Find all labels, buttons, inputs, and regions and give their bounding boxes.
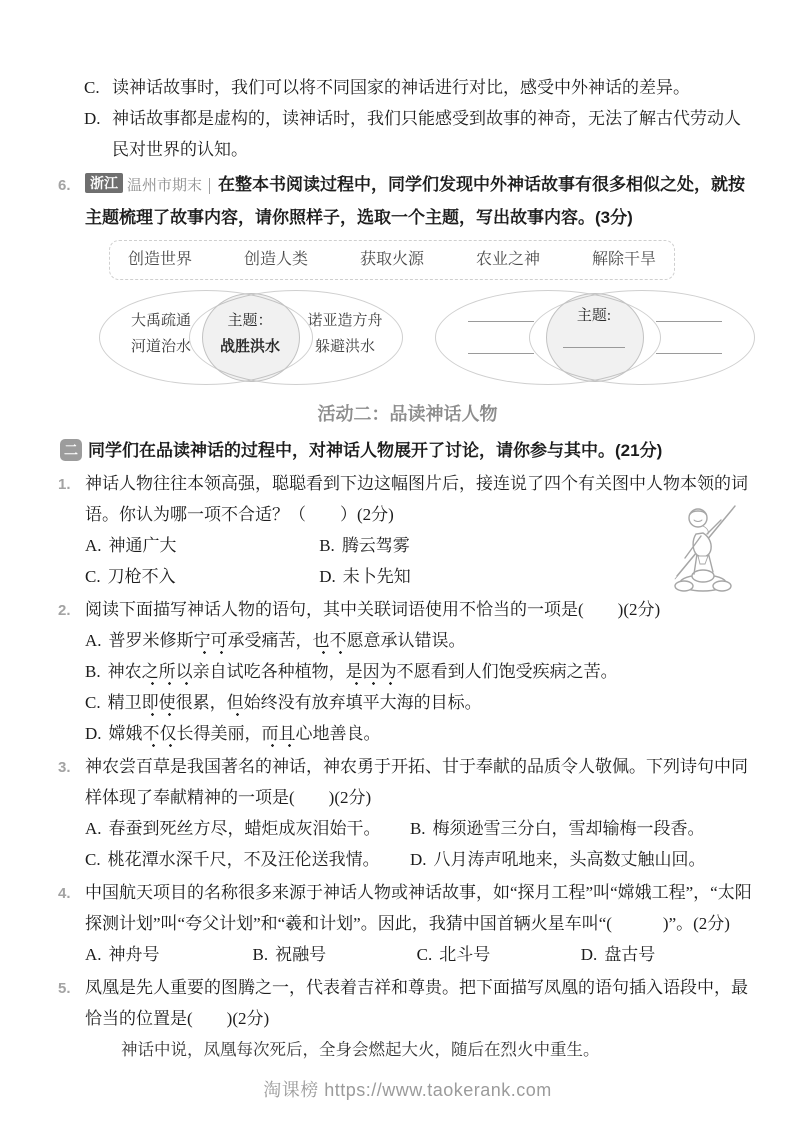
activity2-intro: 二 同学们在品读神话的过程中，对神话人物展开了讨论，请你参与其中。(21分) xyxy=(60,435,755,466)
question-stem: 阅读下面描写神话人物的语句，其中关联词语使用不恰当的一项是( )(2分) xyxy=(85,600,660,619)
option-a: A.神通广大 xyxy=(85,530,319,561)
venn-example: 大禹疏通 河道治水 主题： 战胜洪水 诺亚造方舟 躲避洪水 xyxy=(99,289,401,385)
section-two-badge: 二 xyxy=(60,439,82,461)
footer-watermark: 淘课榜 https://www.taokerank.com xyxy=(60,1075,755,1106)
theme-word: 创造人类 xyxy=(244,246,308,274)
question-stem: 神话人物往往本领高强，聪聪看到下边这幅图片后，接连说了四个有关图中人物本领的词语… xyxy=(85,474,748,524)
option-c: C.北斗号 xyxy=(417,939,581,970)
option-b: B.神农之所以亲自试吃各种植物，是因为不愿看到人们饱受疾病之苦。 xyxy=(85,656,755,687)
option-d: D.盘古号 xyxy=(581,939,755,970)
answer-blank xyxy=(468,307,534,322)
intro-text: 同学们在品读神话的过程中，对神话人物展开了讨论，请你参与其中。(21分) xyxy=(88,441,662,460)
option-text: 精卫即使很累，但始终没有放弃填平大海的目标。 xyxy=(108,693,482,717)
prev-option-c: C. 读神话故事时，我们可以将不同国家的神话进行对比，感受中外神话的差异。 xyxy=(60,72,755,103)
question-3-options: A.春蚕到死丝方尽，蜡炬成灰泪始干。 B.梅须逊雪三分白，雪却输梅一段香。 C.… xyxy=(85,813,755,875)
venn-left-text: 大禹疏通 河道治水 xyxy=(111,308,211,360)
phoenix-quote: 神话中说，凤凰每次死后，全身会燃起大火，随后在烈火中重生。 xyxy=(121,1034,755,1065)
option-a: A.春蚕到死丝方尽，蜡炬成灰泪始干。 xyxy=(85,813,410,844)
question-number: 5. xyxy=(58,973,71,1004)
venn-center-text: 主题： 战胜洪水 xyxy=(205,308,295,360)
question-number: 4. xyxy=(58,878,71,909)
question-number: 3. xyxy=(58,752,71,783)
option-label: C. xyxy=(84,72,100,103)
option-d: D.未卜先知 xyxy=(319,561,594,592)
question-5: 5. 凤凰是先人重要的图腾之一，代表着吉祥和尊贵。把下面描写凤凰的语句插入语段中… xyxy=(60,972,755,1065)
option-text: 神农之所以亲自试吃各种植物，是因为不愿看到人们饱受疾病之苦。 xyxy=(108,662,618,686)
question-6: 6. 浙江温州市期末在整本书阅读过程中，同学们发现中外神话故事有很多相似之处，就… xyxy=(60,169,755,389)
theme-word: 创造世界 xyxy=(128,246,192,274)
option-d: D.嫦娥不仅长得美丽，而且心地善良。 xyxy=(85,718,755,749)
question-number: 1. xyxy=(58,469,71,500)
question-number: 6. xyxy=(58,170,71,201)
worksheet-page: C. 读神话故事时，我们可以将不同国家的神话进行对比，感受中外神话的差异。 D.… xyxy=(0,0,793,1122)
venn-blank: 主题: xyxy=(435,289,753,385)
option-a: A.普罗米修斯宁可承受痛苦，也不愿意承认错误。 xyxy=(85,625,755,656)
answer-blank xyxy=(563,333,625,348)
theme-word: 解除干旱 xyxy=(592,246,656,274)
prev-option-d: D. 神话故事都是虚构的，读神话时，我们只能感受到故事的神奇，无法了解古代劳动人… xyxy=(60,103,755,165)
option-b: B.梅须逊雪三分白，雪却输梅一段香。 xyxy=(410,813,755,844)
question-4: 4. 中国航天项目的名称很多来源于神话人物或神话故事，如“探月工程”叫“嫦娥工程… xyxy=(60,877,755,970)
venn-center-blank: 主题: xyxy=(547,303,641,361)
option-label: D. xyxy=(84,103,101,134)
question-number: 2. xyxy=(58,595,71,626)
question-1-options: A.神通广大 B.腾云驾雾 C.刀枪不入 D.未卜先知 xyxy=(85,530,594,592)
theme-word: 获取火源 xyxy=(360,246,424,274)
venn-diagrams: 大禹疏通 河道治水 主题： 战胜洪水 诺亚造方舟 躲避洪水 xyxy=(99,289,753,389)
option-text: 普罗米修斯宁可承受痛苦，也不愿意承认错误。 xyxy=(109,631,466,655)
answer-blank xyxy=(656,339,722,354)
option-b: B.祝融号 xyxy=(253,939,417,970)
option-text: 读神话故事时，我们可以将不同国家的神话进行对比，感受中外神话的差异。 xyxy=(112,78,690,97)
option-c: C.精卫即使很累，但始终没有放弃填平大海的目标。 xyxy=(85,687,755,718)
question-1: 1. 神话人物往往本领高强，聪聪看到下边这幅图片后，接连说了四个有关图中人物本领… xyxy=(60,468,755,592)
option-c: C.刀枪不入 xyxy=(85,561,319,592)
option-text: 神话故事都是虚构的，读神话时，我们只能感受到故事的神奇，无法了解古代劳动人民对世… xyxy=(112,109,741,159)
question-2: 2. 阅读下面描写神话人物的语句，其中关联词语使用不恰当的一项是( )(2分) … xyxy=(60,594,755,749)
region-tag: 浙江 xyxy=(85,173,123,193)
answer-blank xyxy=(468,339,534,354)
question-4-options: A.神舟号 B.祝融号 C.北斗号 D.盘古号 xyxy=(85,939,755,970)
venn-right-text: 诺亚造方舟 躲避洪水 xyxy=(295,308,395,360)
option-d: D.八月涛声吼地来，头高数丈触山回。 xyxy=(410,844,755,875)
option-a: A.神舟号 xyxy=(85,939,253,970)
theme-word: 农业之神 xyxy=(476,246,540,274)
venn-right-blanks xyxy=(641,303,737,367)
question-3: 3. 神农尝百草是我国著名的神话，神农勇于开拓、甘于奉献的品质令人敬佩。下列诗句… xyxy=(60,751,755,875)
exam-source: 温州市期末 xyxy=(127,178,210,194)
option-b: B.腾云驾雾 xyxy=(319,530,594,561)
activity2-title: 活动二：品读神话人物 xyxy=(60,399,755,430)
answer-blank xyxy=(656,307,722,322)
venn-left-blanks xyxy=(453,303,549,367)
question-stem: 凤凰是先人重要的图腾之一，代表着吉祥和尊贵。把下面描写凤凰的语句插入语段中，最恰… xyxy=(85,978,748,1028)
theme-word-bank: 创造世界 创造人类 获取火源 农业之神 解除干旱 xyxy=(109,240,675,280)
question-stem: 中国航天项目的名称很多来源于神话人物或神话故事，如“探月工程”叫“嫦娥工程”，“… xyxy=(85,883,752,933)
sun-wukong-illustration xyxy=(663,496,749,596)
question-stem: 神农尝百草是我国著名的神话，神农勇于开拓、甘于奉献的品质令人敬佩。下列诗句中同样… xyxy=(85,757,748,807)
option-text: 嫦娥不仅长得美丽，而且心地善良。 xyxy=(109,724,381,748)
option-c: C.桃花潭水深千尺，不及汪伦送我情。 xyxy=(85,844,410,875)
